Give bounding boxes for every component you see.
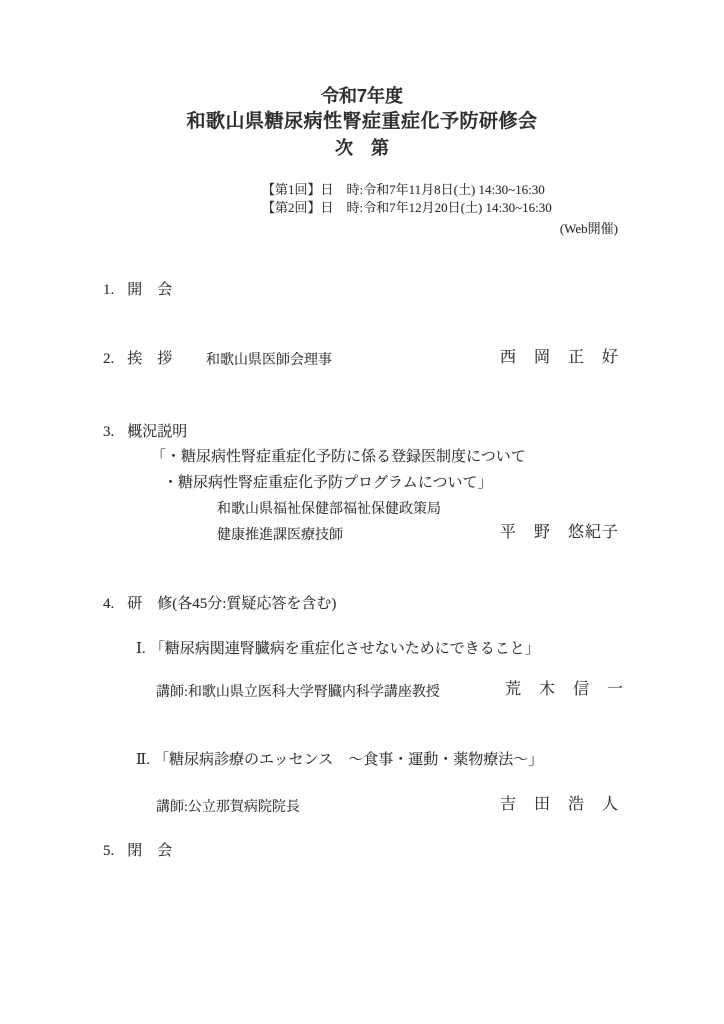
agenda-item-label: 研 修(各45分:質疑応答を含む) (127, 596, 336, 612)
agenda-item-greeting: 2.挨 拶 (103, 350, 172, 369)
overview-speaker-name: 平 野 悠紀子 (500, 523, 619, 543)
lecture-1-number: Ⅰ. (136, 641, 146, 657)
document-title: 和歌山県糖尿病性腎症重症化予防研修会 (0, 110, 724, 134)
session1-datetime: 【第1回】日 時:令和7年11月8日(土) 14:30~16:30 (262, 182, 545, 198)
document-subtitle: 次 第 (0, 137, 724, 160)
lecture-2-speaker-name: 吉 田 浩 人 (500, 795, 619, 815)
overview-speaker-division-role: 健康推進課医療技師 (217, 527, 343, 545)
agenda-item-closing: 5.閉 会 (103, 842, 172, 861)
agenda-document-page: 令和7年度 和歌山県糖尿病性腎症重症化予防研修会 次 第 【第1回】日 時:令和… (0, 0, 724, 1024)
overview-speaker-organization: 和歌山県福祉保健部福祉保健政策局 (217, 501, 441, 519)
greeting-speaker-name: 西 岡 正 好 (500, 348, 619, 368)
agenda-item-opening: 1.開 会 (103, 281, 172, 300)
agenda-item-label: 閉 会 (127, 843, 172, 859)
agenda-item-label: 概況説明 (127, 424, 187, 440)
agenda-item-label: 開 会 (127, 282, 172, 298)
agenda-item-number: 2. (103, 351, 114, 367)
agenda-item-number: 1. (103, 282, 114, 298)
agenda-item-number: 5. (103, 843, 114, 859)
overview-topic-1: 「・糖尿病性腎症重症化予防に係る登録医制度について (151, 448, 526, 467)
lecture-2-title: 「糖尿病診療のエッセンス 〜食事・運動・薬物療法〜」 (154, 752, 543, 768)
fiscal-year-heading: 令和7年度 (0, 85, 724, 108)
agenda-item-number: 3. (103, 424, 114, 440)
lecture-1-title: 「糖尿病関連腎臓病を重症化させないためにできること」 (150, 641, 540, 657)
agenda-item-label: 挨 拶 (127, 351, 172, 367)
agenda-item-overview: 3.概況説明 (103, 423, 187, 442)
lecture-1-speaker-name: 荒 木 信 一 (505, 680, 624, 700)
web-format-note: (Web開催) (262, 221, 618, 237)
agenda-item-training: 4.研 修(各45分:質疑応答を含む) (103, 595, 336, 614)
lecture-1-title-line: Ⅰ.「糖尿病関連腎臓病を重症化させないためにできること」 (136, 640, 540, 659)
session2-datetime: 【第2回】日 時:令和7年12月20日(土) 14:30~16:30 (262, 200, 552, 216)
lecture-2-lecturer-affiliation: 講師:公立那賀病院院長 (156, 799, 300, 817)
greeting-speaker-affiliation: 和歌山県医師会理事 (206, 352, 332, 370)
lecture-2-title-line: Ⅱ.「糖尿病診療のエッセンス 〜食事・運動・薬物療法〜」 (136, 751, 543, 770)
lecture-1-lecturer-affiliation: 講師:和歌山県立医科大学腎臓内科学講座教授 (156, 684, 440, 702)
lecture-2-number: Ⅱ. (136, 752, 150, 768)
agenda-item-number: 4. (103, 596, 114, 612)
overview-topic-2: ・糖尿病性腎症重症化予防プログラムについて」 (163, 474, 493, 493)
